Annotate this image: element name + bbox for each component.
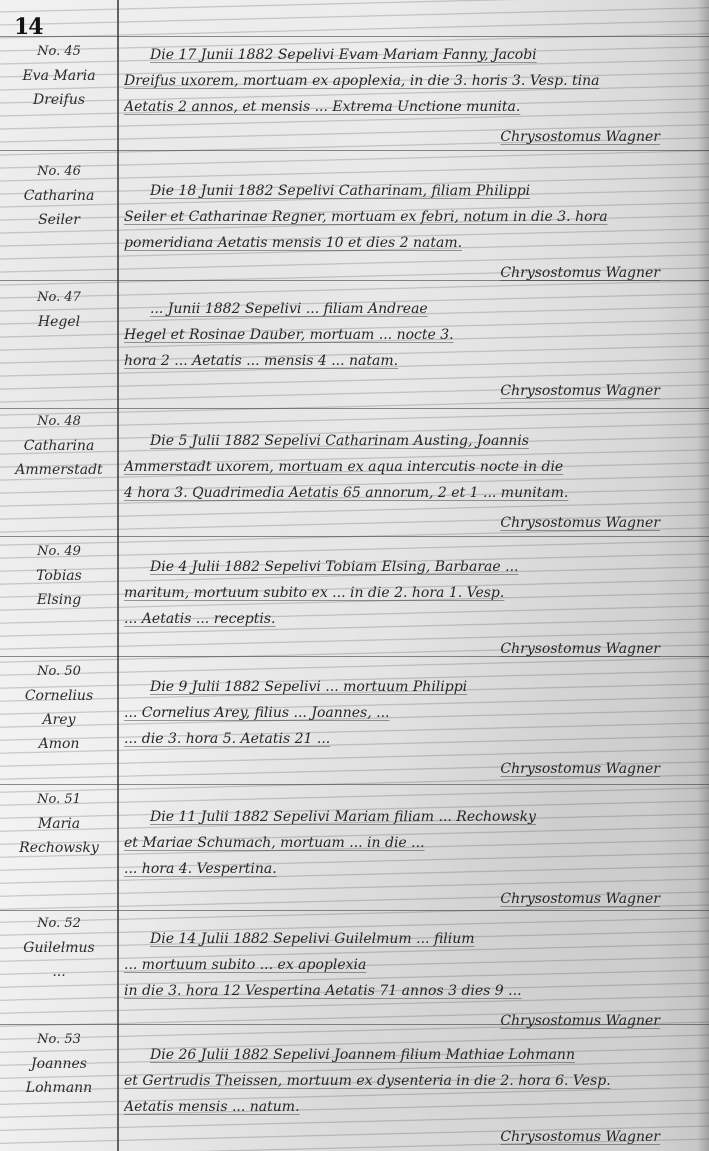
entry-divider: [0, 408, 709, 409]
entry-number: No. 52: [4, 912, 114, 936]
entry-body: Die 5 Julii 1882 Sepelivi Catharinam Aus…: [124, 428, 684, 536]
entry-margin-surname: Hegel: [4, 310, 114, 334]
entry-margin-name: Guilelmus: [4, 936, 114, 960]
entry-margin: No. 47 Hegel: [4, 286, 114, 334]
entry-divider: [0, 784, 709, 785]
entry-body: Die 14 Julii 1882 Sepelivi Guilelmum ...…: [124, 926, 684, 1034]
entry-line: Die 11 Julii 1882 Sepelivi Mariam filiam…: [124, 804, 684, 830]
entry-margin-surname: Ammerstadt: [4, 458, 114, 482]
entry-margin: No. 46 Catharina Seiler: [4, 160, 114, 232]
priest-signature: Chrysostomus Wagner: [124, 510, 684, 536]
entry-divider: [0, 1024, 709, 1025]
entry-margin-surname: Rechowsky: [4, 836, 114, 860]
entry-line: ... die 3. hora 5. Aetatis 21 ...: [124, 726, 684, 752]
entry-line: 4 hora 3. Quadrimedia Aetatis 65 annorum…: [124, 480, 684, 506]
margin-rule: [117, 0, 119, 1151]
entry-margin: No. 50 Cornelius Arey Amon: [4, 660, 114, 756]
priest-signature: Chrysostomus Wagner: [124, 260, 684, 286]
entry-line: ... Cornelius Arey, filius ... Joannes, …: [124, 700, 684, 726]
entry-margin: No. 45 Eva Maria Dreifus: [4, 40, 114, 112]
entry-margin-name: Catharina: [4, 184, 114, 208]
entry-line: hora 2 ... Aetatis ... mensis 4 ... nata…: [124, 348, 684, 374]
entry-number: No. 51: [4, 788, 114, 812]
entry-number: No. 46: [4, 160, 114, 184]
entry-number: No. 48: [4, 410, 114, 434]
entry-number: No. 53: [4, 1028, 114, 1052]
entry-divider: [0, 36, 709, 37]
priest-signature: Chrysostomus Wagner: [124, 636, 684, 662]
entry-line: Aetatis mensis ... natum.: [124, 1094, 684, 1120]
entry-margin-name: Tobias: [4, 564, 114, 588]
entry-margin-surname: Dreifus: [4, 88, 114, 112]
priest-signature: Chrysostomus Wagner: [124, 1008, 684, 1034]
entry-margin-surname: Lohmann: [4, 1076, 114, 1100]
entry-line: Ammerstadt uxorem, mortuam ex aqua inter…: [124, 454, 684, 480]
entry-body: Die 9 Julii 1882 Sepelivi ... mortuum Ph…: [124, 674, 684, 782]
priest-signature: Chrysostomus Wagner: [124, 756, 684, 782]
entry-margin: No. 51 Maria Rechowsky: [4, 788, 114, 860]
page-edge-shadow: [697, 0, 709, 1151]
entry-line: Hegel et Rosinae Dauber, mortuam ... noc…: [124, 322, 684, 348]
entry-line: ... hora 4. Vespertina.: [124, 856, 684, 882]
entry-margin-name: Eva Maria: [4, 64, 114, 88]
entry-divider: [0, 910, 709, 911]
entry-margin-surname: ...: [4, 960, 114, 984]
entry-margin: No. 49 Tobias Elsing: [4, 540, 114, 612]
entry-line: Seiler et Catharinae Regner, mortuam ex …: [124, 204, 684, 230]
register-page: 14 No. 45 Eva Maria Dreifus Die 17 Junii…: [0, 0, 709, 1151]
entry-line: et Gertrudis Theissen, mortuum ex dysent…: [124, 1068, 684, 1094]
entry-margin-surname: Elsing: [4, 588, 114, 612]
entry-body: Die 26 Julii 1882 Sepelivi Joannem filiu…: [124, 1042, 684, 1150]
entry-margin-extra: Amon: [4, 732, 114, 756]
entry-divider: [0, 280, 709, 281]
entry-margin-surname: Seiler: [4, 208, 114, 232]
entry-margin-name: Catharina: [4, 434, 114, 458]
entry-margin-name: Cornelius: [4, 684, 114, 708]
entry-divider: [0, 150, 709, 151]
entry-line: ... Junii 1882 Sepelivi ... filiam Andre…: [124, 296, 684, 322]
entry-line: pomeridiana Aetatis mensis 10 et dies 2 …: [124, 230, 684, 256]
entry-line: Die 5 Julii 1882 Sepelivi Catharinam Aus…: [124, 428, 684, 454]
entry-line: ... Aetatis ... receptis.: [124, 606, 684, 632]
entry-line: Die 14 Julii 1882 Sepelivi Guilelmum ...…: [124, 926, 684, 952]
entry-margin: No. 53 Joannes Lohmann: [4, 1028, 114, 1100]
entry-body: Die 17 Junii 1882 Sepelivi Evam Mariam F…: [124, 42, 684, 150]
entry-divider: [0, 656, 709, 657]
entry-line: Die 18 Junii 1882 Sepelivi Catharinam, f…: [124, 178, 684, 204]
entry-divider: [0, 536, 709, 537]
entry-number: No. 49: [4, 540, 114, 564]
entry-margin-name: Maria: [4, 812, 114, 836]
entry-body: Die 18 Junii 1882 Sepelivi Catharinam, f…: [124, 178, 684, 286]
entry-line: et Mariae Schumach, mortuam ... in die .…: [124, 830, 684, 856]
entry-number: No. 47: [4, 286, 114, 310]
entry-body: ... Junii 1882 Sepelivi ... filiam Andre…: [124, 296, 684, 404]
entry-body: Die 11 Julii 1882 Sepelivi Mariam filiam…: [124, 804, 684, 912]
entry-margin: No. 48 Catharina Ammerstadt: [4, 410, 114, 482]
entry-number: No. 50: [4, 660, 114, 684]
entry-line: ... mortuum subito ... ex apoplexia: [124, 952, 684, 978]
entry-margin-name: Joannes: [4, 1052, 114, 1076]
priest-signature: Chrysostomus Wagner: [124, 1124, 684, 1150]
entry-line: maritum, mortuum subito ex ... in die 2.…: [124, 580, 684, 606]
entry-number: No. 45: [4, 40, 114, 64]
entry-line: Dreifus uxorem, mortuam ex apoplexia, in…: [124, 68, 684, 94]
priest-signature: Chrysostomus Wagner: [124, 378, 684, 404]
entry-line: Aetatis 2 annos, et mensis ... Extrema U…: [124, 94, 684, 120]
entry-line: Die 4 Julii 1882 Sepelivi Tobiam Elsing,…: [124, 554, 684, 580]
entry-margin: No. 52 Guilelmus ...: [4, 912, 114, 984]
entry-body: Die 4 Julii 1882 Sepelivi Tobiam Elsing,…: [124, 554, 684, 662]
entry-line: in die 3. hora 12 Vespertina Aetatis 71 …: [124, 978, 684, 1004]
entry-line: Die 9 Julii 1882 Sepelivi ... mortuum Ph…: [124, 674, 684, 700]
entry-margin-surname: Arey: [4, 708, 114, 732]
priest-signature: Chrysostomus Wagner: [124, 886, 684, 912]
entry-line: Die 17 Junii 1882 Sepelivi Evam Mariam F…: [124, 42, 684, 68]
entry-line: Die 26 Julii 1882 Sepelivi Joannem filiu…: [124, 1042, 684, 1068]
priest-signature: Chrysostomus Wagner: [124, 124, 684, 150]
